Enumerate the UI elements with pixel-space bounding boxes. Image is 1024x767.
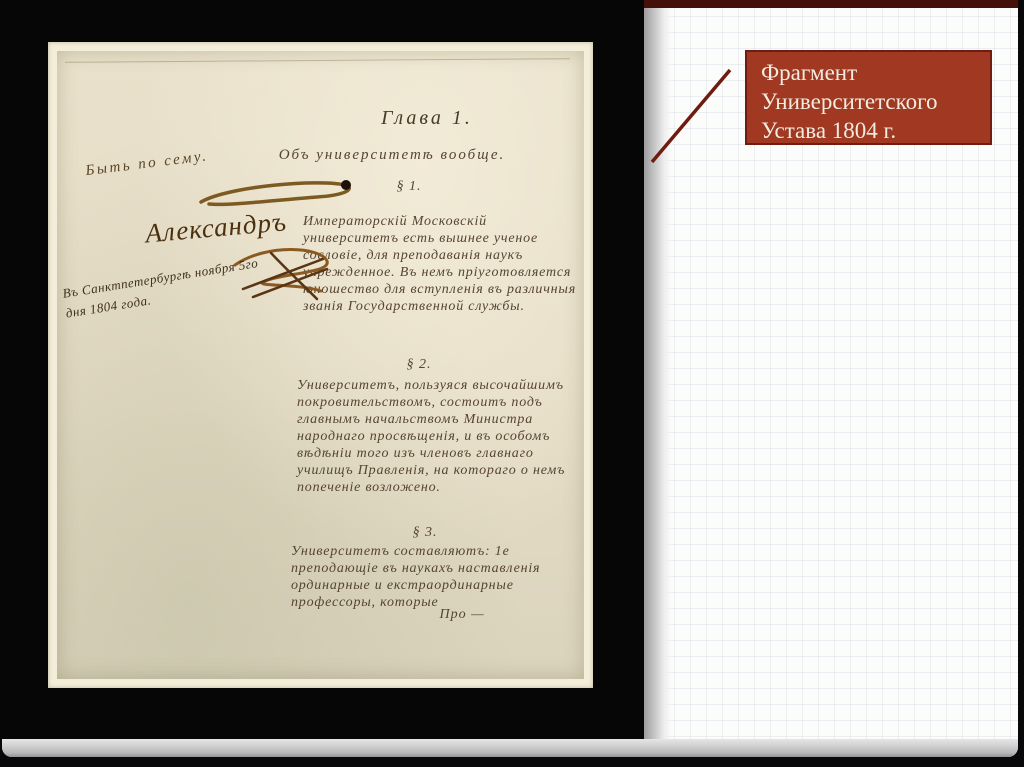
parchment-page: Глава 1. Объ университетѣ вообще. § 1. И… — [57, 51, 584, 679]
page-edge-line — [65, 58, 570, 63]
manuscript-image-panel: Глава 1. Объ университетѣ вообще. § 1. И… — [0, 0, 644, 739]
section-3-text: Университетъ составляютъ: 1е преподающіе… — [291, 543, 567, 611]
place-date-note: Въ Санктпетербургѣ ноября 5го дня 1804 г… — [61, 250, 280, 323]
section-2-number: § 2. — [329, 357, 509, 373]
manuscript-photo: Глава 1. Объ университетѣ вообще. § 1. И… — [48, 42, 593, 688]
section-2-text: Университетъ, пользуяся высочайшимъ покр… — [297, 377, 573, 496]
catchword: Про — — [387, 607, 537, 623]
connector-line — [642, 58, 752, 170]
section-3-number: § 3. — [335, 525, 515, 541]
chapter-heading: Глава 1. — [277, 107, 577, 130]
slide-canvas: Глава 1. Объ университетѣ вообще. § 1. И… — [0, 0, 1024, 767]
sheet-bottom-edge — [2, 739, 1018, 757]
top-accent-bar — [644, 0, 1018, 8]
callout-box: Фрагмент Университетского Устава 1804 г. — [745, 50, 992, 145]
callout-label: Фрагмент Университетского Устава 1804 г. — [761, 58, 976, 145]
